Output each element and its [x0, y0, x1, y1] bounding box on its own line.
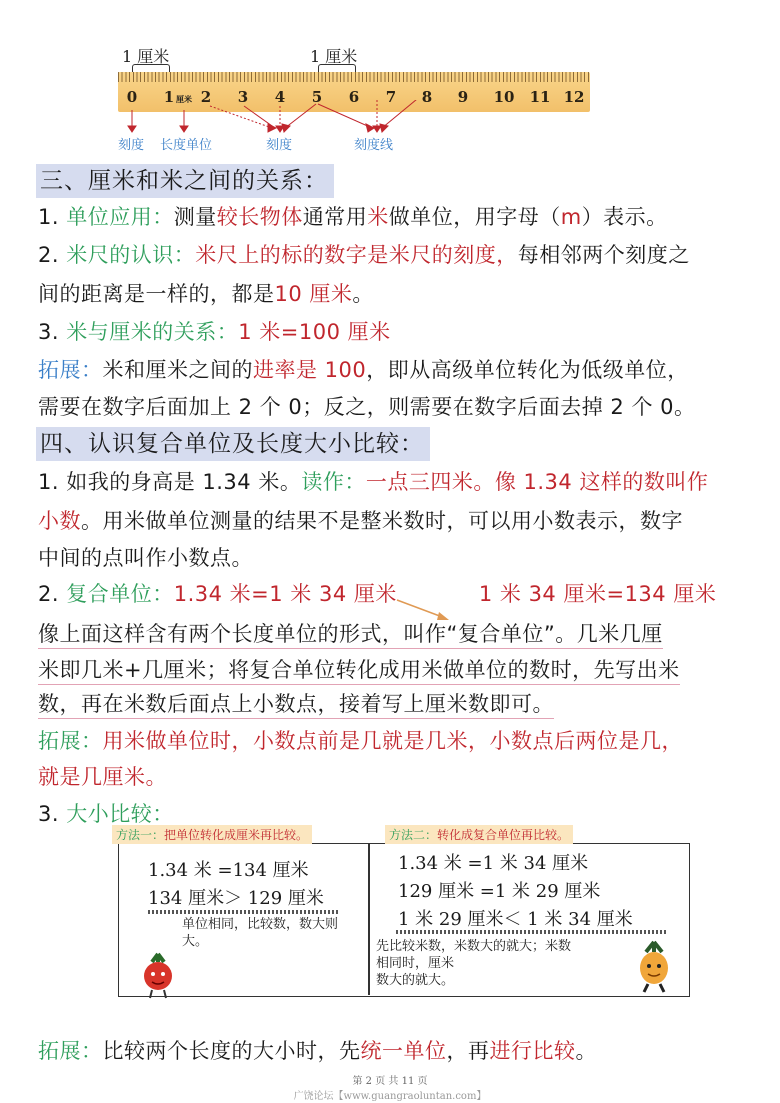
item-label: 米与厘米的关系： [66, 320, 238, 344]
highlight: 1.34 米=1 米 34 厘米 [174, 582, 397, 606]
item-number: 2. [38, 582, 66, 606]
method-text: 把单位转化成厘米再比较。 [164, 828, 308, 842]
section-4-item-1: 1. 如我的身高是 1.34 米。读作：一点三四米。像 1.34 这样的数叫作 [38, 468, 708, 496]
item-number: 1. [38, 470, 66, 494]
method-1-label: 方法一：把单位转化成厘米再比较。 [112, 825, 312, 844]
section-3-item-3: 3. 米与厘米的关系：1 米=100 厘米 [38, 318, 391, 346]
radish-mascot-icon [136, 950, 180, 1000]
pineapple-mascot-icon [628, 940, 680, 994]
text: 每相邻两个刻度之 [518, 243, 690, 267]
section-3-item-2-cont: 间的距离是一样的，都是10 厘米。 [38, 280, 374, 308]
section-3-item-1: 1. 单位应用：测量较长物体通常用米做单位，用字母（m）表示。 [38, 203, 668, 231]
ruler-label-unit: 长度单位 [160, 134, 212, 153]
text: ，即从高级单位转化为低级单位， [366, 358, 689, 382]
method-2-note: 先比较米数，米数大的就大；米数 相同时，厘米 数大的就大。 [376, 938, 571, 989]
item-number: 3. [38, 320, 66, 344]
wavy-underline [396, 930, 666, 934]
method-label: 方法一： [116, 828, 164, 842]
highlight: m [561, 205, 582, 229]
item-number: 3. [38, 802, 66, 826]
text: 米和厘米之间的 [103, 358, 254, 382]
page-number: 第 2 页 共 11 页 [0, 1072, 780, 1087]
ruler-number: 12 [564, 88, 585, 106]
text: 比较两个长度的大小时，先 [103, 1039, 361, 1063]
note-line: 数大的就大。 [376, 972, 571, 989]
highlight: 小数 [38, 509, 81, 533]
section-3-extension: 拓展：米和厘米之间的进率是 100，即从高级单位转化为低级单位， [38, 356, 689, 384]
section-4-item-2: 2. 复合单位：1.34 米=1 米 34 厘米1 米 34 厘米=134 厘米 [38, 580, 716, 608]
text: 。 [352, 282, 374, 306]
highlight: 进率是 100 [253, 358, 366, 382]
highlight: 1 米 34 厘米=134 厘米 [479, 582, 716, 606]
text: 测量 [174, 205, 217, 229]
method-2-line: 129 厘米 =1 米 29 厘米 [398, 877, 600, 903]
method-2-line: 1.34 米 =1 米 34 厘米 [398, 849, 588, 875]
highlight: 米 [367, 205, 389, 229]
highlight: 米尺上的标的数字是米尺的刻度， [195, 243, 518, 267]
note-line: 先比较米数，米数大的就大；米数 [376, 938, 571, 955]
highlight: 较长物体 [217, 205, 303, 229]
note-line: 相同时，厘米 [376, 955, 571, 972]
text: 。用米做单位测量的结果不是整米数时，可以用小数表示，数字 [81, 509, 683, 533]
ruler-ticks [118, 72, 590, 82]
text: ，再 [447, 1039, 490, 1063]
section-4-extension-cont: 就是几厘米。 [38, 763, 167, 791]
method-1-line: 134 厘米＞ 129 厘米 [148, 884, 324, 910]
item-label: 大小比较： [66, 802, 174, 826]
highlight: 一点三四米。像 1.34 这样的数叫作 [366, 470, 709, 494]
wavy-underline [148, 910, 338, 914]
section-4-item-2-cont: 像上面这样含有两个长度单位的形式，叫作“复合单位”。几米几厘 [38, 620, 663, 648]
method-1-note: 单位相同，比较数，数大则大。 [182, 916, 362, 950]
highlight: 10 厘米 [275, 282, 353, 306]
method-text: 转化成复合单位再比较。 [437, 828, 569, 842]
highlight: 统一单位 [361, 1039, 447, 1063]
method-2-line: 1 米 29 厘米＜ 1 米 34 厘米 [398, 905, 633, 931]
text: ）表示。 [582, 205, 668, 229]
item-label: 单位应用： [66, 205, 174, 229]
section-4-item-2-cont-2: 米即几米+几厘米；将复合单位转化成用米做单位的数时，先写出米 [38, 656, 680, 684]
section-4-item-3: 3. 大小比较： [38, 800, 174, 828]
text: 如我的身高是 1.34 米。 [66, 470, 301, 494]
ruler-number: 11 [530, 88, 551, 106]
text: 。 [576, 1039, 598, 1063]
underlined-text: 像上面这样含有两个长度单位的形式，叫作“复合单位”。几米几厘 [38, 622, 663, 649]
item-label: 读作： [301, 470, 366, 494]
section-4-heading: 四、认识复合单位及长度大小比较： [36, 427, 430, 461]
item-label: 米尺的认识： [66, 243, 195, 267]
section-4-item-1-cont-2: 中间的点叫作小数点。 [38, 544, 253, 572]
section-3-extension-cont: 需要在数字后面加上 2 个 0；反之，则需要在数字后面去掉 2 个 0。 [38, 393, 696, 421]
item-number: 1. [38, 205, 66, 229]
ruler-label-tick: 刻度 [118, 134, 144, 153]
extension-label: 拓展： [38, 1039, 103, 1063]
section-4-item-1-cont: 小数。用米做单位测量的结果不是整米数时，可以用小数表示，数字 [38, 507, 683, 535]
highlight: 用米做单位时，小数点前是几就是几米，小数点后两位是几， [103, 729, 684, 753]
text: 做单位，用字母（ [389, 205, 561, 229]
final-extension: 拓展：比较两个长度的大小时，先统一单位，再进行比较。 [38, 1037, 597, 1065]
site-watermark: 广饶论坛【www.guangraoluntan.com】 [0, 1087, 780, 1102]
section-3-item-2: 2. 米尺的认识：米尺上的标的数字是米尺的刻度，每相邻两个刻度之 [38, 241, 690, 269]
item-label: 复合单位： [66, 582, 174, 606]
ruler-label-tick-2: 刻度 [266, 134, 292, 153]
extension-label: 拓展： [38, 358, 103, 382]
underlined-text: 数，再在米数后面点上小数点，接着写上厘米数即可。 [38, 692, 554, 719]
section-4-item-2-cont-3: 数，再在米数后面点上小数点，接着写上厘米数即可。 [38, 690, 554, 718]
method-2-label: 方法二：转化成复合单位再比较。 [385, 825, 573, 844]
text: 间的距离是一样的，都是 [38, 282, 275, 306]
item-number: 2. [38, 243, 66, 267]
method-1-line: 1.34 米 =134 厘米 [148, 856, 309, 882]
divider [368, 843, 370, 995]
highlight: 1 米=100 厘米 [238, 320, 390, 344]
method-label: 方法二： [389, 828, 437, 842]
underlined-text: 米即几米+几厘米；将复合单位转化成用米做单位的数时，先写出米 [38, 658, 680, 685]
section-4-extension: 拓展：用米做单位时，小数点前是几就是几米，小数点后两位是几， [38, 727, 683, 755]
highlight: 进行比较 [490, 1039, 576, 1063]
section-3-heading: 三、厘米和米之间的关系： [36, 164, 334, 198]
extension-label: 拓展： [38, 729, 103, 753]
ruler-label-tickline: 刻度线 [354, 134, 393, 153]
text: 通常用 [303, 205, 368, 229]
